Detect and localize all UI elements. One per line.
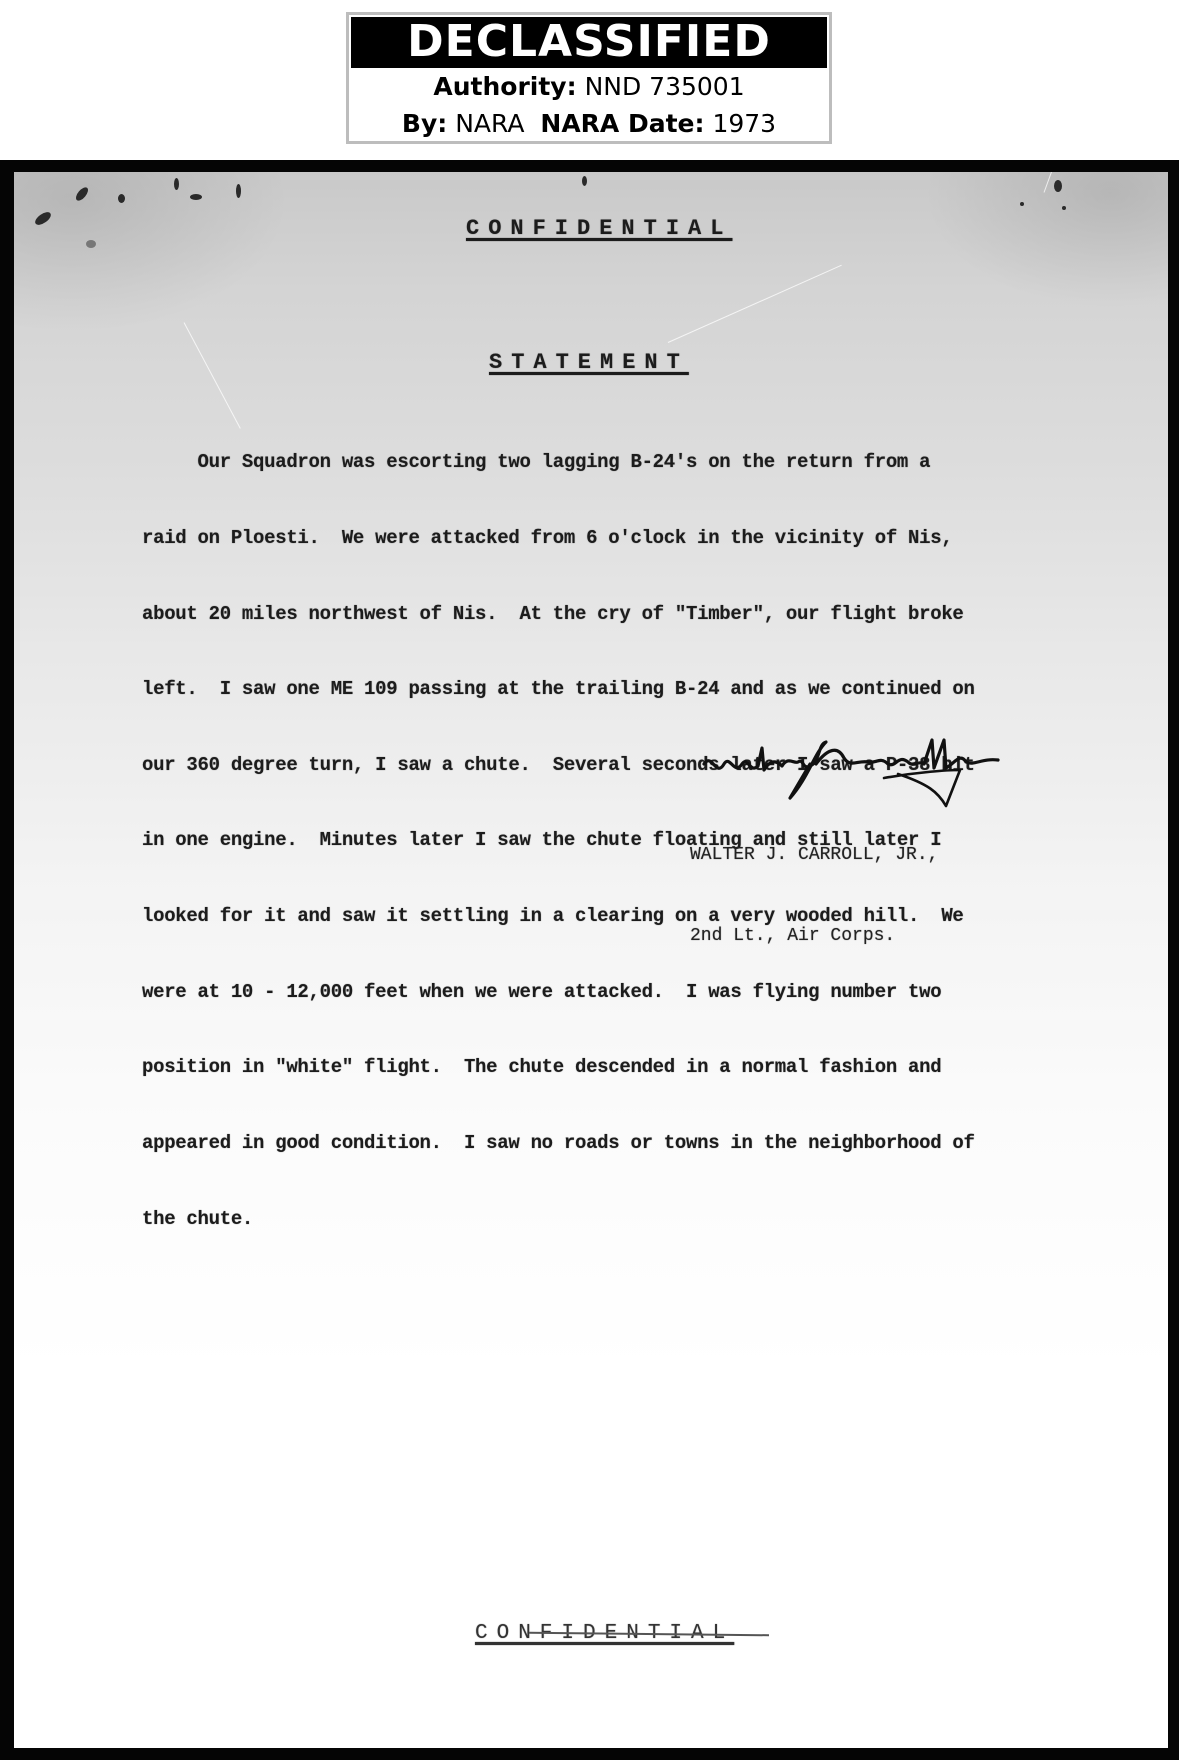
body-line: appeared in good condition. I saw no roa… <box>142 1131 1042 1156</box>
stamp-title: DECLASSIFIED <box>351 17 827 68</box>
stamp-by-value: NARA <box>455 109 524 138</box>
body-line: the chute. <box>142 1207 1042 1232</box>
body-line: left. I saw one ME 109 passing at the tr… <box>142 677 1042 702</box>
scan-frame: CONFIDENTIAL STATEMENT Our Squadron was … <box>0 160 1179 1760</box>
stamp-authority-value: NND 735001 <box>585 72 745 101</box>
dust-speck <box>33 210 53 228</box>
classification-marking-top: CONFIDENTIAL <box>466 216 732 241</box>
document-title: STATEMENT <box>489 350 689 375</box>
stamp-date-value: 1973 <box>712 109 776 138</box>
dust-speck <box>118 194 125 203</box>
dust-speck <box>174 178 179 190</box>
stamp-authority-label: Authority: <box>433 72 576 101</box>
dust-speck <box>1020 202 1024 206</box>
dust-speck <box>86 240 96 248</box>
signatory-rank: 2nd Lt., Air Corps. <box>690 923 938 950</box>
declassified-stamp: DECLASSIFIED Authority: NND 735001 By: N… <box>346 12 832 144</box>
stamp-by-label: By: <box>402 109 447 138</box>
signatory-block: WALTER J. CARROLL, JR., 2nd Lt., Air Cor… <box>690 788 938 1004</box>
dust-speck <box>1054 180 1062 192</box>
dust-speck <box>582 176 587 186</box>
dust-speck <box>190 194 202 200</box>
stamp-date-label: NARA Date: <box>540 109 704 138</box>
signatory-name: WALTER J. CARROLL, JR., <box>690 842 938 869</box>
body-line: Our Squadron was escorting two lagging B… <box>142 450 1042 475</box>
dust-speck <box>74 185 90 202</box>
stamp-authority: Authority: NND 735001 <box>349 68 829 105</box>
document-page: CONFIDENTIAL STATEMENT Our Squadron was … <box>14 172 1168 1748</box>
body-line: about 20 miles northwest of Nis. At the … <box>142 602 1042 627</box>
scratch <box>668 265 842 343</box>
dust-speck <box>1062 206 1066 210</box>
body-line: raid on Ploesti. We were attacked from 6… <box>142 526 1042 551</box>
dust-speck <box>236 184 241 198</box>
body-line: position in "white" flight. The chute de… <box>142 1055 1042 1080</box>
stamp-by-date: By: NARA NARA Date: 1973 <box>349 105 829 142</box>
